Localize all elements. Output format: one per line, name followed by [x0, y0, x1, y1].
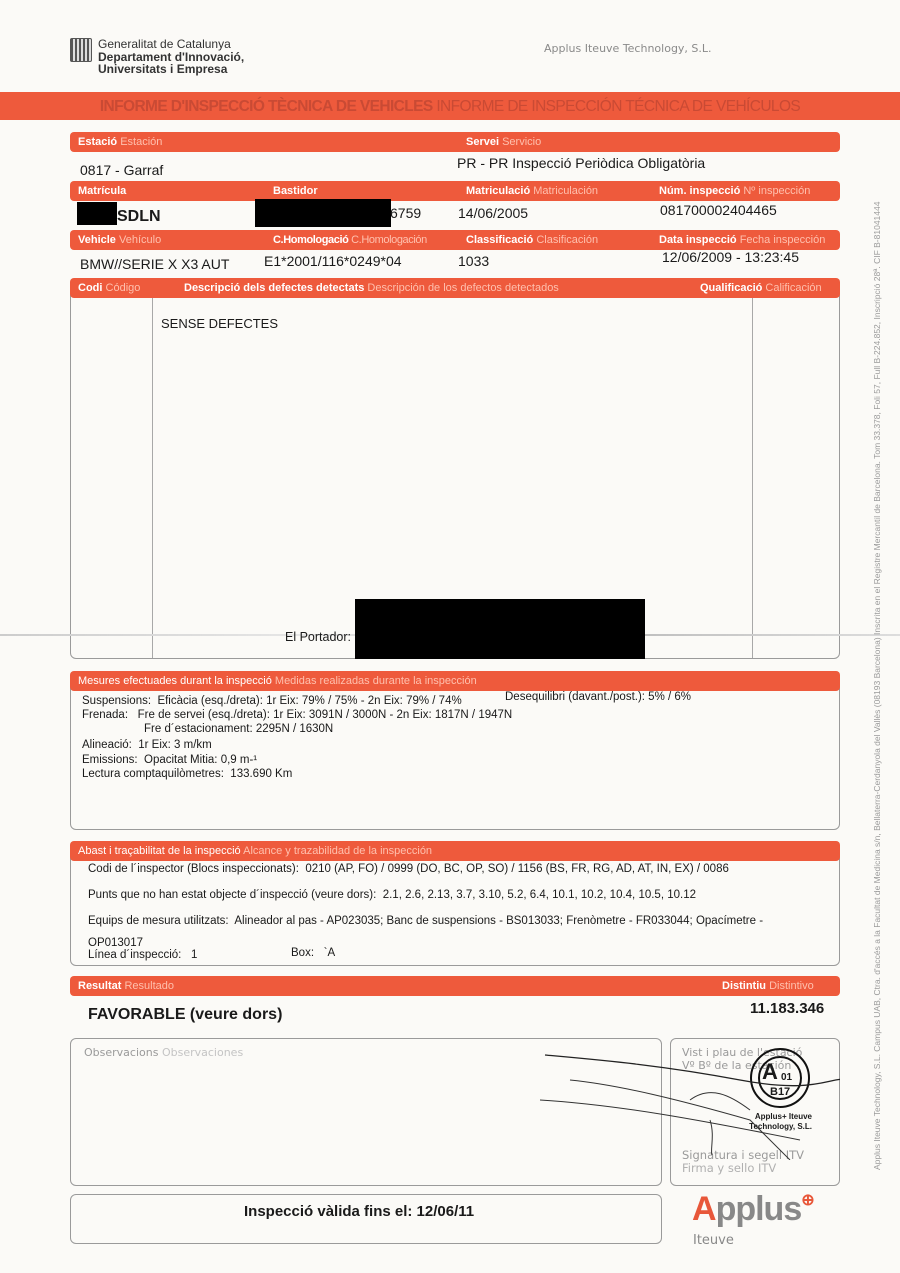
government-header: Generalitat de Catalunya Departament d'I… — [98, 38, 244, 76]
row1-label-bar — [70, 132, 840, 152]
legal-side-note: Applus Iteuve Technology, S.L. Campus UA… — [872, 202, 882, 1170]
value-num-inspeccio: 081700002404465 — [660, 202, 777, 218]
distintiu-value: 11.183.346 — [750, 1000, 824, 1017]
inspector-row: Codi de l´inspector (Blocs inspeccionats… — [88, 862, 729, 877]
signature-label-es: Firma y sello ITV — [682, 1161, 776, 1175]
label-data-inspeccio: Data inspecció Fecha inspección — [659, 234, 825, 246]
suspensions-row: Suspensions: Eficàcia (esq./dreta): 1r E… — [82, 694, 462, 709]
column-divider — [152, 298, 153, 658]
label-servei: Servei Servicio — [466, 136, 541, 148]
signature-scribble-icon — [540, 1040, 840, 1160]
label-vehicle: Vehicle Vehículo — [78, 234, 161, 246]
value-homologacio: E1*2001/116*0249*04 — [264, 253, 402, 269]
portador-label: El Portador: — [285, 630, 351, 644]
result-label: Resultat Resultado — [78, 980, 174, 992]
redaction-block — [77, 202, 117, 225]
applus-subtitle: Iteuve — [693, 1233, 734, 1248]
company-name: Applus Iteuve Technology, S.L. — [544, 42, 712, 55]
value-servei: PR - PR Inspecció Periòdica Obligatòria — [457, 155, 705, 171]
column-divider — [752, 298, 753, 658]
col-qualificacio: Qualificació Calificación — [700, 282, 822, 294]
redaction-block — [355, 599, 645, 659]
box-row: Box: `A — [291, 946, 335, 961]
redaction-block — [255, 199, 391, 227]
linea-row: Línea d´inspecció: 1 — [88, 948, 197, 963]
gov-line-1: Generalitat de Catalunya — [98, 38, 244, 51]
validity-text: Inspecció vàlida fins el: 12/06/11 — [244, 1203, 474, 1220]
value-matriculacio: 14/06/2005 — [458, 205, 528, 221]
measures-label: Mesures efectuades durant la inspecció M… — [78, 675, 477, 687]
value-vehicle: BMW//SERIE X X3 AUT — [80, 256, 229, 272]
desequilibri-value: Desequilibri (davant./post.): 5% / 6% — [505, 690, 691, 705]
label-num-inspeccio: Núm. inspecció Nº inspección — [659, 185, 810, 197]
label-bastidor: Bastidor — [273, 185, 318, 197]
report-title-banner: INFORME D'INSPECCIÓ TÈCNICA DE VEHICLES … — [0, 92, 900, 120]
label-classificacio: Classificació Clasificación — [466, 234, 598, 246]
label-matriculacio: Matriculació Matriculación — [466, 185, 598, 197]
label-homologacio: C.Homologació C.Homologación — [273, 234, 427, 246]
title-ca: INFORME D'INSPECCIÓ TÈCNICA DE VEHICLES — [100, 98, 433, 115]
defects-text: SENSE DEFECTES — [161, 316, 278, 331]
traceability-label: Abast i traçabilitat de la inspecció Alc… — [78, 845, 432, 857]
value-data-inspeccio: 12/06/2009 - 13:23:45 — [662, 249, 799, 265]
distintiu-label: Distintiu Distintivo — [722, 980, 814, 992]
plus-circle-icon: ⊕ — [801, 1192, 813, 1209]
applus-logo: Applus⊕ — [692, 1190, 814, 1229]
estacionament-value: Fre d´estacionament: 2295N / 1630N — [144, 722, 333, 737]
frenada-row: Frenada: Fre de servei (esq./dreta): 1r … — [82, 708, 512, 723]
label-matricula: Matrícula — [78, 185, 126, 197]
value-estacio: 0817 - Garraf — [80, 162, 163, 178]
emissions-row: Emissions: Opacitat Mitia: 0,9 m-¹ — [82, 753, 257, 768]
value-bastidor: 6759 — [390, 205, 421, 221]
col-codi: Codi Código — [78, 282, 140, 294]
lectura-row: Lectura comptaquilòmetres: 133.690 Km — [82, 767, 292, 782]
alineacio-row: Alineació: 1r Eix: 3 m/km — [82, 738, 212, 753]
observations-label: Observacions Observaciones — [84, 1046, 243, 1059]
equips-row: Equips de mesura utilitzats: Alineador a… — [88, 914, 763, 929]
title-es: INFORME DE INSPECCIÓN TÉCNICA DE VEHÍCUL… — [433, 98, 801, 115]
generalitat-logo-icon — [70, 38, 92, 62]
gov-line-3: Universitats i Empresa — [98, 63, 244, 76]
value-classificacio: 1033 — [458, 253, 489, 269]
punts-row: Punts que no han estat objecte d´inspecc… — [88, 888, 696, 903]
result-value: FAVORABLE (veure dors) — [88, 1006, 282, 1024]
col-descripcio: Descripció dels defectes detectats Descr… — [184, 282, 559, 294]
value-matricula: SDLN — [117, 208, 161, 226]
label-estacio: Estació Estación — [78, 136, 162, 148]
